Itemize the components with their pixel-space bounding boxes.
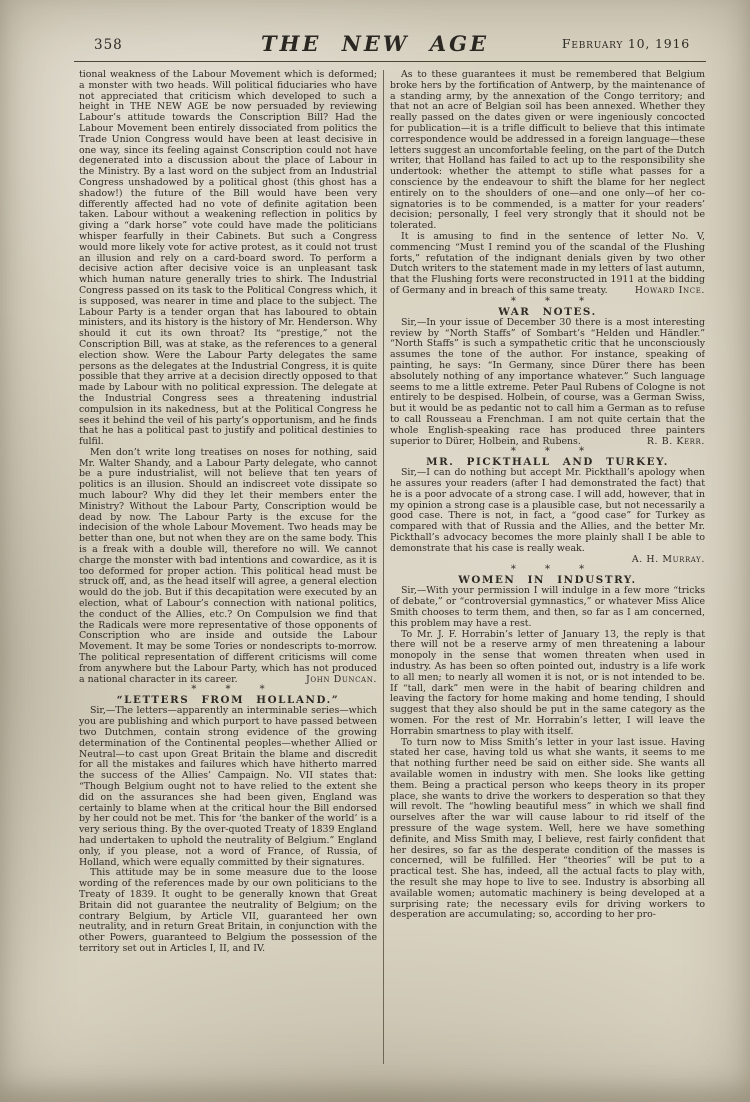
paragraph: It is amusing to find in the sentence of… <box>390 232 705 297</box>
paragraph: Sir,—With your permission I will indulge… <box>390 586 705 629</box>
paragraph: Sir,—In your issue of December 30 there … <box>390 318 705 448</box>
paragraph-text: This attitude may be in some measure due… <box>79 867 377 954</box>
paragraph-text: To Mr. J. F. Horrabin’s letter of Januar… <box>390 629 705 737</box>
right-column: As to these guarantees it must be rememb… <box>390 70 705 1064</box>
paragraph-text: tional weakness of the Labour Movement w… <box>79 70 377 447</box>
asterisk-separator: * * * <box>390 565 705 574</box>
paragraph-text: Sir,—In your issue of December 30 there … <box>390 317 705 447</box>
paragraph-text: As to these guarantees it must be rememb… <box>390 70 705 231</box>
paragraph-text: Sir,—I can do nothing but accept Mr. Pic… <box>390 467 705 554</box>
left-column: tional weakness of the Labour Movement w… <box>79 70 377 1064</box>
paragraph: To Mr. J. F. Horrabin’s letter of Januar… <box>390 630 705 738</box>
scanned-magazine-page: 358 THE NEW AGE February 10, 1916 tional… <box>0 0 750 1102</box>
asterisk-separator: * * * <box>79 685 377 694</box>
paragraph-text: Sir,—With your permission I will indulge… <box>390 585 705 628</box>
signature-r-b-kerr: R. B. Kerr. <box>628 437 705 448</box>
header-rule <box>74 61 706 62</box>
page-content: tional weakness of the Labour Movement w… <box>79 70 705 1064</box>
paragraph: Sir,—I can do nothing but accept Mr. Pic… <box>390 468 705 554</box>
column-divider-rule <box>383 70 384 1064</box>
signature-john-duncan: John Duncan. <box>287 675 377 686</box>
signature-howard-ince: Howard Ince. <box>616 286 705 297</box>
paragraph: To turn now to Miss Smith’s letter in yo… <box>390 738 705 922</box>
paragraph-text: To turn now to Miss Smith’s letter in yo… <box>390 737 705 921</box>
asterisk-separator: * * * <box>390 447 705 456</box>
paragraph: Men don’t write long treatises on noses … <box>79 448 377 686</box>
paragraph-text: Men don’t write long treatises on noses … <box>79 447 377 685</box>
paragraph: tional weakness of the Labour Movement w… <box>79 70 377 448</box>
paragraph-text: Sir,—The letters—apparently an intermina… <box>79 705 377 867</box>
issue-date: February 10, 1916 <box>562 36 690 51</box>
paragraph: As to these guarantees it must be rememb… <box>390 70 705 232</box>
paragraph: Sir,—The letters—apparently an intermina… <box>79 706 377 868</box>
paragraph: This attitude may be in some measure due… <box>79 868 377 954</box>
asterisk-separator: * * * <box>390 297 705 306</box>
